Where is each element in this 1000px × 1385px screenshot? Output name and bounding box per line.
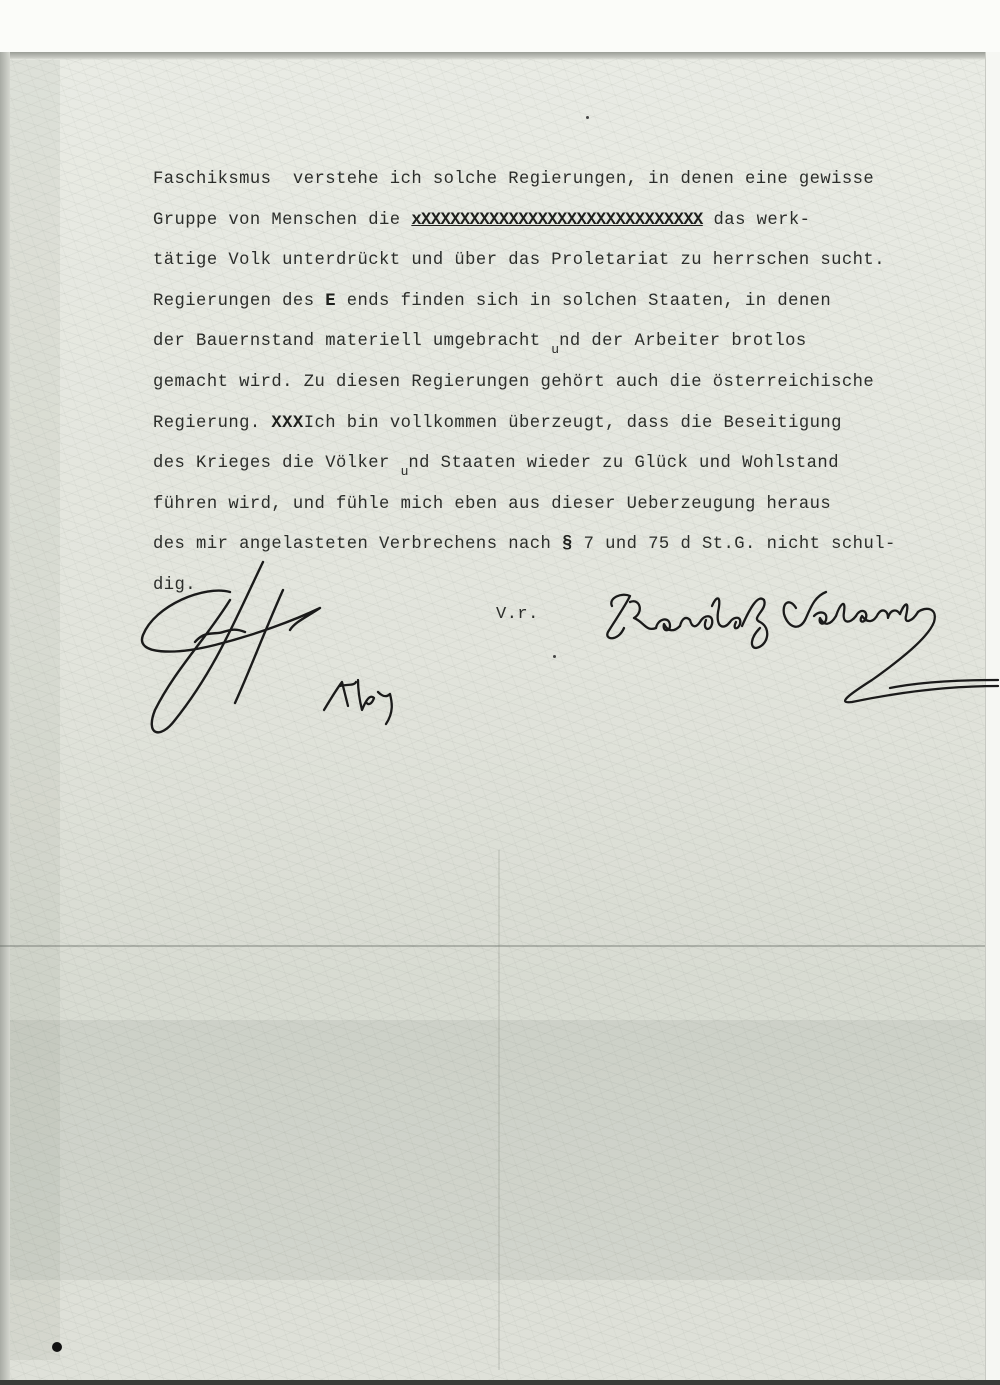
typed-text: §	[562, 535, 573, 554]
stray-mark	[586, 116, 589, 119]
typed-line: des Krieges die Völker und Staaten wiede…	[153, 444, 983, 485]
struck-out-text: xXXXXXXXXXXXXXXXXXXXXXXXXXXXXX	[411, 211, 702, 230]
fold-line-vertical	[498, 850, 500, 1370]
typed-text: nd der Arbeiter brotlos	[559, 332, 807, 351]
typed-text: gemacht wird. Zu diesen Regierungen gehö…	[153, 373, 874, 392]
vr-label: V.r.	[496, 605, 539, 624]
typed-line: Gruppe von Menschen die xXXXXXXXXXXXXXXX…	[153, 201, 983, 242]
typed-text: Regierungen des	[153, 292, 325, 311]
typed-text: XXX	[271, 414, 303, 433]
top-margin	[0, 0, 1000, 52]
typed-text: Gruppe von Menschen die	[153, 211, 411, 230]
typed-text: das werk-	[703, 211, 811, 230]
typed-text: führen wird, und fühle mich eben aus die…	[153, 495, 831, 514]
typed-text: Ich bin vollkommen überzeugt, dass die B…	[304, 414, 842, 433]
typed-text: Faschiksmus verstehe ich solche Regierun…	[153, 170, 874, 189]
typed-text: ends finden sich in solchen Staaten, in …	[336, 292, 831, 311]
punch-hole-mark	[52, 1342, 62, 1352]
typed-text: tätige Volk unterdrückt und über das Pro…	[153, 251, 885, 270]
sheet-top-edge	[0, 52, 985, 60]
typed-text: des Krieges die Völker	[153, 454, 401, 473]
sheet-right-edge	[985, 52, 1000, 1385]
typed-text: der Bauernstand materiell umgebracht	[153, 332, 551, 351]
signature-karel-valenta-strokes	[600, 588, 1000, 713]
signature-karel-valenta	[600, 588, 1000, 713]
inserted-letter: u	[551, 342, 559, 357]
typed-line: Faschiksmus verstehe ich solche Regierun…	[153, 160, 983, 201]
sheet-left-shadow	[10, 60, 60, 1360]
typed-line: gemacht wird. Zu diesen Regierungen gehö…	[153, 363, 983, 404]
signature-initials-strokes	[322, 672, 412, 732]
typed-text: Regierung.	[153, 414, 271, 433]
signature-initials	[322, 672, 412, 732]
typed-text: E	[325, 292, 336, 311]
typed-line: Regierung. XXXIch bin vollkommen überzeu…	[153, 404, 983, 445]
typed-line: tätige Volk unterdrückt und über das Pro…	[153, 241, 983, 282]
fold-line-horizontal	[0, 945, 985, 947]
scan-shading	[0, 1020, 985, 1280]
typed-statement-body: Faschiksmus verstehe ich solche Regierun…	[153, 160, 983, 607]
scan-bottom-edge	[0, 1380, 1000, 1385]
typed-text: 7 und 75 d St.G. nicht schul-	[573, 535, 896, 554]
sheet-left-edge	[0, 52, 10, 1385]
typed-text: nd Staaten wieder zu Glück und Wohlstand	[408, 454, 839, 473]
inserted-letter: u	[401, 464, 409, 479]
typed-line: Regierungen des E ends finden sich in so…	[153, 282, 983, 323]
typed-line: der Bauernstand materiell umgebracht und…	[153, 322, 983, 363]
stray-mark	[553, 655, 556, 658]
typed-text: des mir angelasteten Verbrechens nach	[153, 535, 562, 554]
typed-line: führen wird, und fühle mich eben aus die…	[153, 485, 983, 526]
